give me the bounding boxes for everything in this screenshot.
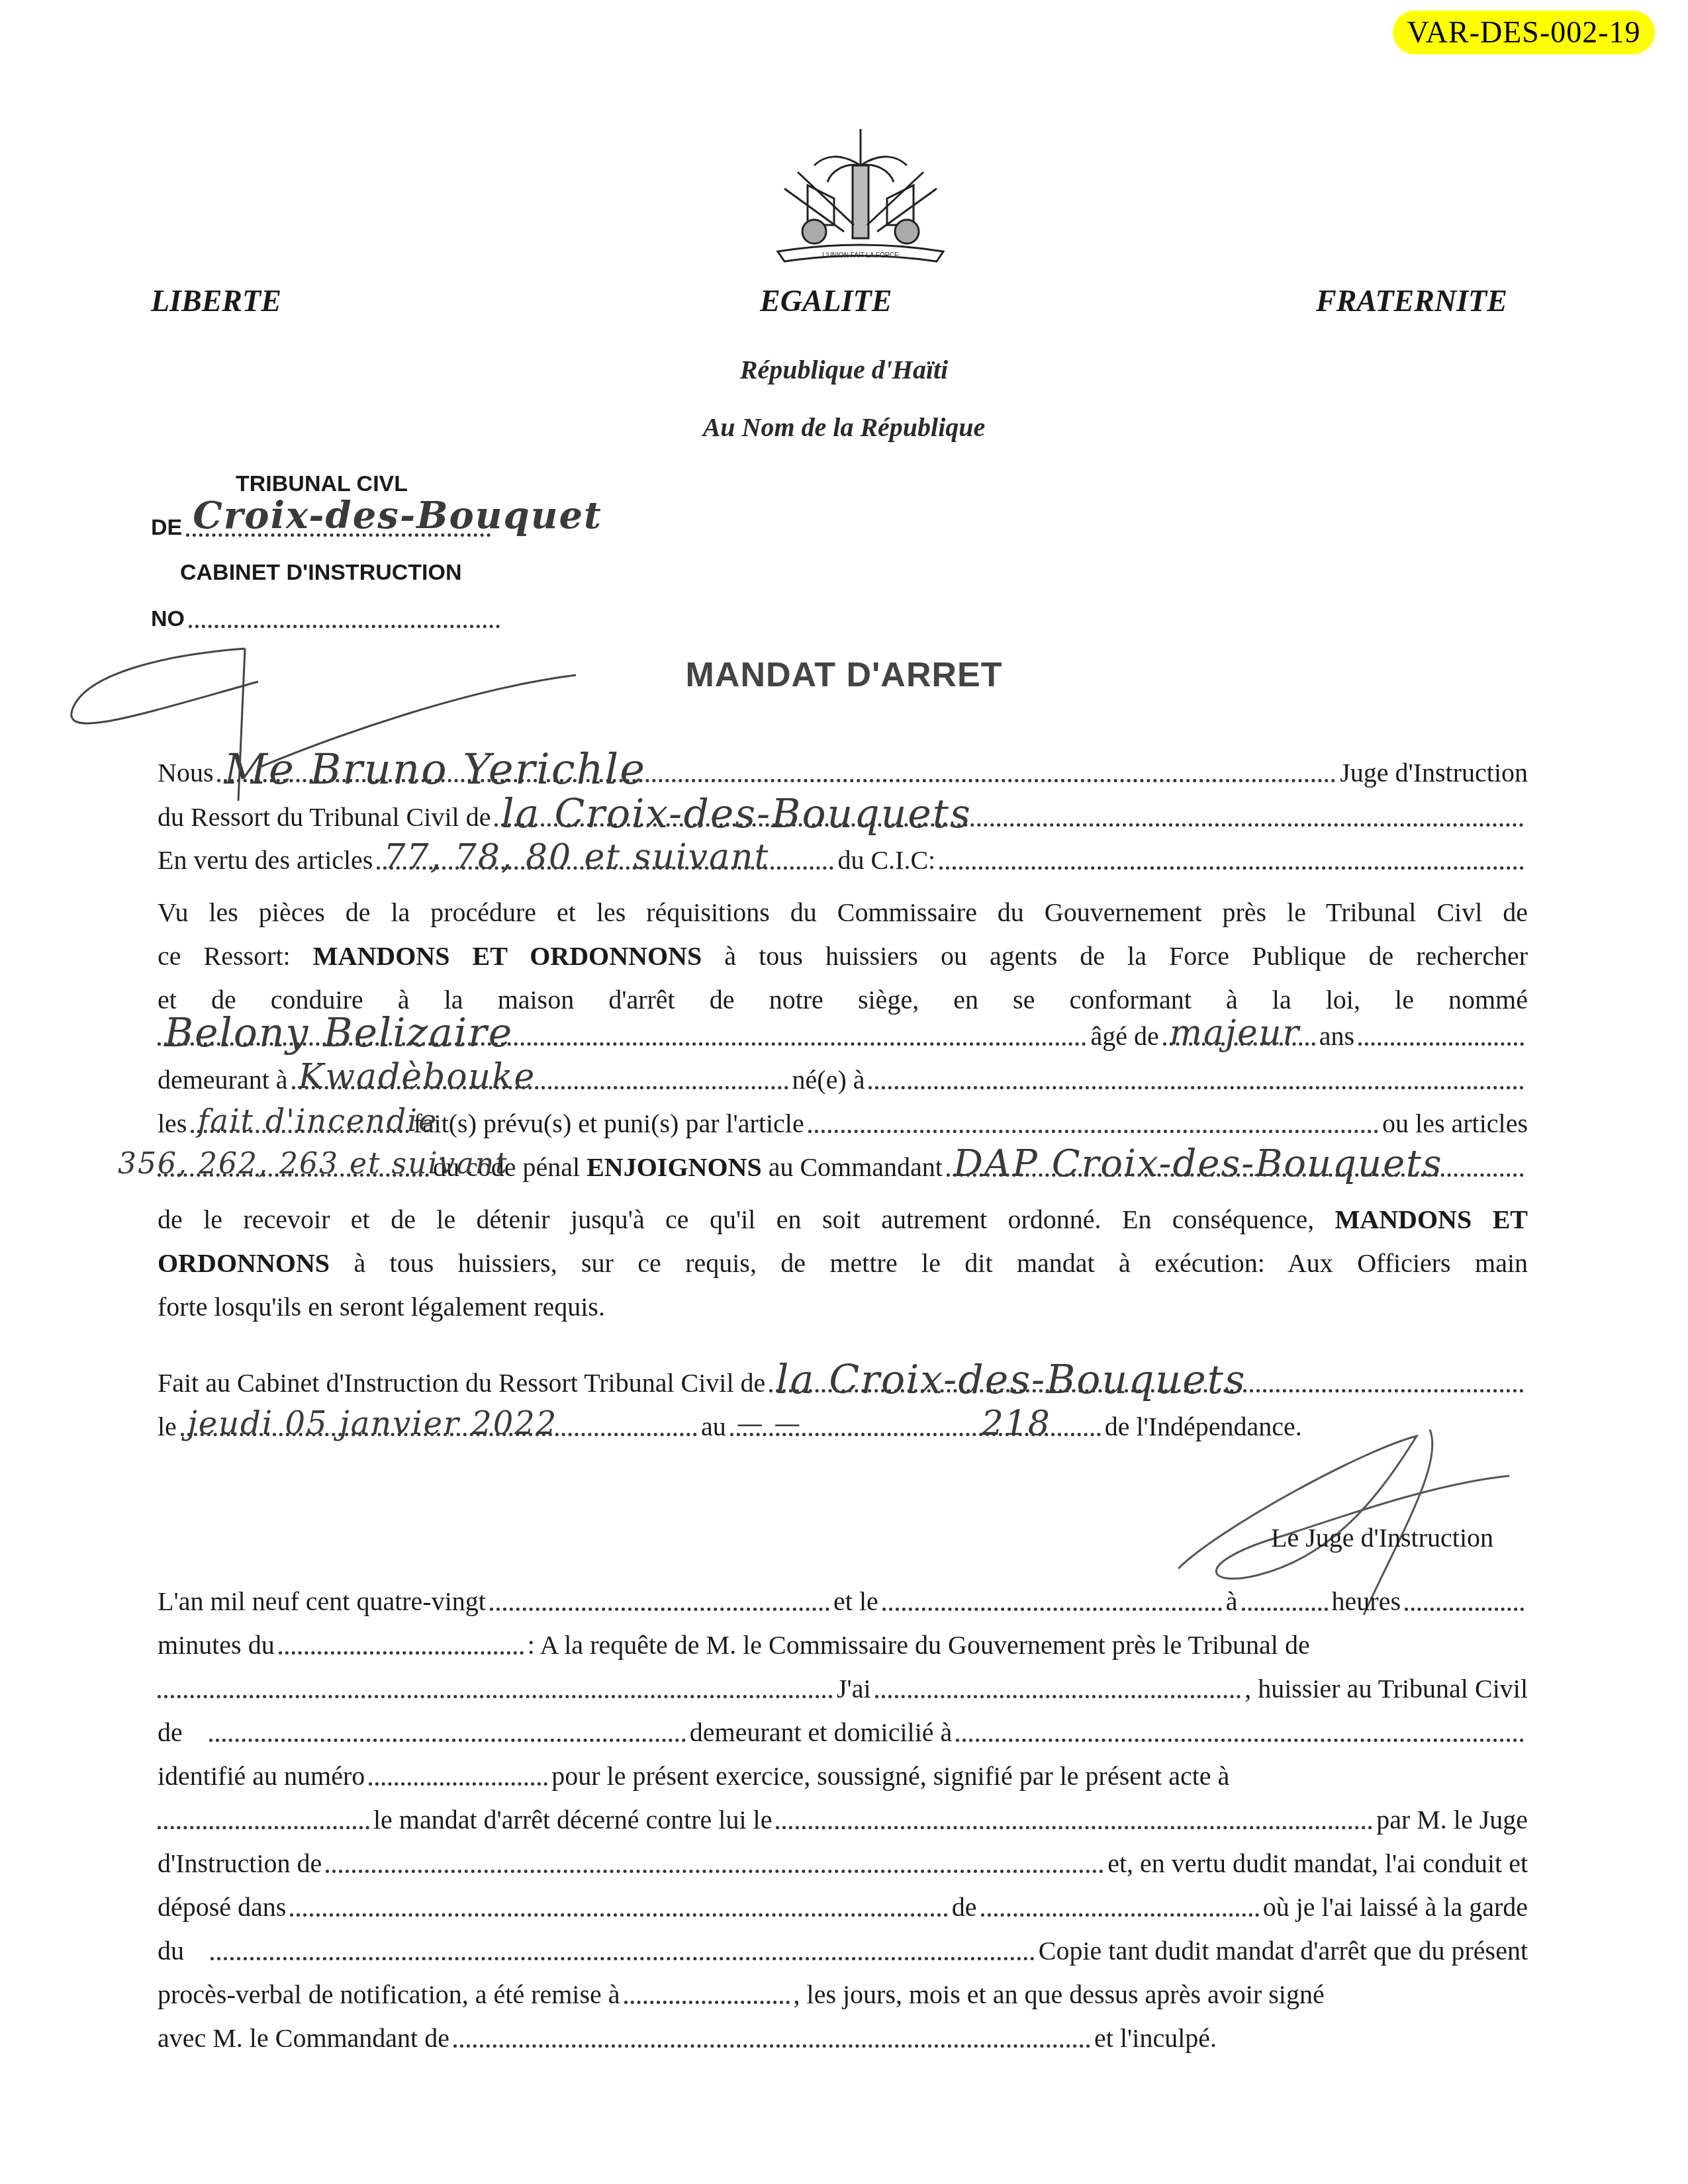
text: à xyxy=(1226,1588,1238,1615)
custodian-blank[interactable] xyxy=(211,1957,1035,1960)
court-location-handwritten: Croix-des-Bouquet xyxy=(193,494,602,537)
svg-text:L'UNION FAIT LA FORCE: L'UNION FAIT LA FORCE xyxy=(822,252,899,259)
les-label: les xyxy=(158,1111,187,1137)
no-label: NO xyxy=(151,606,185,632)
text: ce Ressort: xyxy=(158,941,291,971)
text: demeurant et domicilié à xyxy=(690,1719,953,1746)
text: minutes du xyxy=(158,1632,275,1659)
notif-line-5: identifié au numéro pour le présent exer… xyxy=(158,1763,1528,1790)
haiti-coat-of-arms-icon: L'UNION FAIT LA FORCE xyxy=(761,126,960,268)
text: heures xyxy=(1332,1588,1401,1615)
text: d'Instruction de xyxy=(158,1850,322,1877)
juge-instruction-label: Juge d'Instruction xyxy=(1340,760,1528,786)
case-number-row: NO xyxy=(151,606,504,632)
recipient-blank[interactable] xyxy=(158,1826,369,1829)
ressort-line: du Ressort du Tribunal Civil de la Croix… xyxy=(158,804,1528,831)
offense-line: les fait d'incendie fait(s) prévu(s) et … xyxy=(158,1111,1528,1137)
judge-name-handwritten: Me Bruno Yerichle xyxy=(224,756,646,783)
fait-location-handwritten: la Croix-des-Bouquets xyxy=(776,1367,1246,1393)
residence-line: demeurant à Kwadèbouke né(e) à xyxy=(158,1067,1528,1093)
text: et l'inculpé. xyxy=(1094,2025,1217,2052)
document-title: MANDAT D'ARRET xyxy=(0,655,1688,695)
motto-liberte: LIBERTE xyxy=(151,283,281,318)
text: identifié au numéro xyxy=(158,1763,365,1790)
in-name-of-republic: Au Nom de la République xyxy=(0,412,1688,443)
text: de xyxy=(952,1894,977,1921)
huissier-name-blank[interactable] xyxy=(875,1695,1241,1698)
accused-line: Belony Belizaire âgé de majeur ans xyxy=(158,1023,1528,1050)
paragraph-line-2: ce Ressort: MANDONS ET ORDONNONS à tous … xyxy=(158,934,1528,978)
document-id-badge: VAR-DES-002-19 xyxy=(1393,11,1655,54)
prevus-label: fait(s) prévu(s) et puni(s) par l'articl… xyxy=(413,1111,804,1137)
ordonnons: ORDONNONS xyxy=(158,1248,330,1278)
text: déposé dans xyxy=(158,1894,286,1921)
cabinet-instruction-label: CABINET D'INSTRUCTION xyxy=(180,560,462,586)
text: , les jours, mois et an que dessus après… xyxy=(794,1981,1325,2008)
motto-fraternite: FRATERNITE xyxy=(1316,283,1507,318)
judge-line: Nous Me Bruno Yerichle Juge d'Instructio… xyxy=(158,760,1528,786)
id-number-blank[interactable] xyxy=(369,1782,547,1786)
nous-label: Nous xyxy=(158,760,213,786)
articles-line: En vertu des articles 77, 78, 80 et suiv… xyxy=(158,847,1528,874)
instruction-location-blank[interactable] xyxy=(326,1870,1103,1873)
fait-label: Fait au Cabinet d'Instruction du Ressort… xyxy=(158,1370,765,1396)
text: du xyxy=(158,1938,184,1964)
accused-name-field[interactable]: Belony Belizaire xyxy=(158,1042,1086,1046)
domicile-blank[interactable] xyxy=(956,1739,1524,1742)
age-label: âgé de xyxy=(1090,1023,1158,1050)
commandant-field[interactable]: DAP Croix-des-Bouquets xyxy=(947,1173,1524,1177)
commandant-handwritten: DAP Croix-des-Bouquets xyxy=(953,1151,1442,1177)
text: L'an mil neuf cent quatre-vingt xyxy=(158,1588,486,1615)
articles-field[interactable]: 77, 78, 80 et suivant xyxy=(377,866,833,870)
text: pour le présent exercice, soussigné, sig… xyxy=(551,1763,1229,1790)
notif-line-10: procès-verbal de notification, a été rem… xyxy=(158,1981,1528,2008)
notif-line-7: d'Instruction de et, en vertu dudit mand… xyxy=(158,1850,1528,1877)
text: , huissier au Tribunal Civil xyxy=(1244,1676,1528,1702)
text: : A la requête de M. le Commissaire du G… xyxy=(528,1632,1310,1659)
ressort-handwritten: la Croix-des-Bouquets xyxy=(501,801,971,827)
text: et le xyxy=(833,1588,878,1615)
age-field[interactable]: majeur xyxy=(1163,1042,1315,1046)
court-de-field: DE Croix-des-Bouquet xyxy=(151,515,494,541)
tribunal-blank[interactable] xyxy=(158,1695,833,1698)
text: Copie tant dudit mandat d'arrêt que du p… xyxy=(1039,1938,1528,1964)
hour-blank[interactable] xyxy=(1242,1608,1328,1611)
ou-les-articles-label: ou les articles xyxy=(1382,1111,1528,1137)
notif-line-2: minutes du : A la requête de M. le Commi… xyxy=(158,1632,1528,1659)
republic-heading: République d'Haïti xyxy=(0,354,1688,385)
ans-label: ans xyxy=(1319,1023,1354,1050)
born-field[interactable] xyxy=(868,1086,1524,1089)
delivered-to-blank[interactable] xyxy=(624,2001,790,2004)
enjoignons: ENJOIGNONS xyxy=(586,1154,762,1181)
notif-line-4: de demeurant et domicilié à xyxy=(158,1719,1528,1746)
articles-label: En vertu des articles xyxy=(158,847,373,874)
case-number-field[interactable] xyxy=(189,625,500,628)
cic-label: du C.I.C: xyxy=(837,847,935,874)
offense-handwritten: fait d'incendie xyxy=(197,1107,438,1134)
age-handwritten: majeur xyxy=(1170,1020,1301,1046)
residence-handwritten: Kwadèbouke xyxy=(299,1064,536,1090)
judge-name-field[interactable]: Me Bruno Yerichle xyxy=(217,779,1336,782)
ressort-field[interactable]: la Croix-des-Bouquets xyxy=(494,823,1524,827)
deposit-place-blank[interactable] xyxy=(290,1913,947,1917)
court-location-field[interactable]: Croix-des-Bouquet xyxy=(186,533,491,537)
text: J'ai xyxy=(837,1676,871,1702)
cic-extra-field[interactable] xyxy=(939,866,1524,870)
offense-field[interactable]: fait d'incendie xyxy=(191,1130,409,1133)
au-label: au xyxy=(701,1414,726,1440)
date-line: le jeudi 05 janvier 2022 au — — 218 de l… xyxy=(158,1414,1528,1440)
notif-line-1: L'an mil neuf cent quatre-vingt et le à … xyxy=(158,1588,1528,1615)
text: avec M. le Commandant de xyxy=(158,2025,449,2052)
code-articles-handwritten: 356, 262, 263 et suivant xyxy=(118,1151,508,1177)
text: de le recevoir et de le détenir jusqu'à … xyxy=(158,1205,1314,1234)
tribunal-location-blank[interactable] xyxy=(209,1739,686,1742)
notif-line-3: J'ai , huissier au Tribunal Civil xyxy=(158,1676,1528,1702)
accused-name-handwritten: Belony Belizaire xyxy=(164,1020,513,1046)
le-label: le xyxy=(158,1414,177,1440)
age-extra-field[interactable] xyxy=(1358,1042,1524,1046)
text: de xyxy=(158,1719,183,1746)
year-indep-handwritten: 218 xyxy=(982,1410,1051,1437)
ressort-label: du Ressort du Tribunal Civil de xyxy=(158,804,491,831)
text: et, en vertu dudit mandat, l'ai conduit … xyxy=(1107,1850,1528,1877)
date-field[interactable]: jeudi 05 janvier 2022 xyxy=(181,1433,697,1436)
text: le mandat d'arrêt décerné contre lui le xyxy=(373,1807,772,1833)
fait-location-field[interactable]: la Croix-des-Bouquets xyxy=(769,1389,1524,1392)
commandant-label: au Commandant xyxy=(769,1154,943,1181)
decree-date-blank[interactable] xyxy=(776,1826,1372,1829)
hour-extra-blank[interactable] xyxy=(1405,1608,1524,1611)
year-blank[interactable] xyxy=(490,1608,829,1611)
mandons-ordonnons: MANDONS ET ORDONNONS xyxy=(313,941,702,971)
text: à tous huissiers, sur ce requis, de mett… xyxy=(353,1248,1528,1278)
paragraph2-line-3: forte losqu'ils en seront légalement req… xyxy=(158,1285,1528,1329)
minutes-blank[interactable] xyxy=(279,1651,524,1655)
deposit-location-blank[interactable] xyxy=(981,1913,1259,1917)
paragraph2-line-2: ORDONNONS à tous huissiers, sur ce requi… xyxy=(158,1242,1528,1285)
fait-line: Fait au Cabinet d'Instruction du Ressort… xyxy=(158,1370,1528,1396)
born-label: né(e) à xyxy=(792,1067,865,1093)
commandant-location-blank[interactable] xyxy=(453,2044,1090,2048)
day-blank[interactable] xyxy=(882,1608,1222,1611)
date-handwritten: jeudi 05 janvier 2022 xyxy=(187,1410,558,1437)
year-field[interactable]: — — 218 xyxy=(730,1433,1101,1436)
residence-label: demeurant à xyxy=(158,1067,288,1093)
paragraph-line-1: Vu les pièces de la procédure et les réq… xyxy=(158,891,1528,934)
signer-title: Le Juge d'Instruction xyxy=(1271,1522,1493,1553)
notif-line-8: déposé dans de où je l'ai laissé à la ga… xyxy=(158,1894,1528,1921)
notif-line-11: avec M. le Commandant de et l'inculpé. xyxy=(158,2025,1217,2052)
text: à tous huissiers ou agents de la Force P… xyxy=(724,941,1528,971)
notif-line-9: du Copie tant dudit mandat d'arrêt que d… xyxy=(158,1938,1528,1964)
independance-label: de l'Indépendance. xyxy=(1105,1414,1302,1440)
text: où je l'ai laissé à la garde xyxy=(1263,1894,1528,1921)
paragraph2-line-1: de le recevoir et de le détenir jusqu'à … xyxy=(158,1198,1528,1242)
mandons-et: MANDONS ET xyxy=(1335,1205,1528,1234)
articles-handwritten: 77, 78, 80 et suivant xyxy=(383,844,769,870)
text: procès-verbal de notification, a été rem… xyxy=(158,1981,620,2008)
notif-line-6: le mandat d'arrêt décerné contre lui le … xyxy=(158,1807,1528,1833)
code-articles-field[interactable]: 356, 262, 263 et suivant xyxy=(158,1173,429,1177)
au-handwritten: — — xyxy=(737,1410,802,1437)
text: par M. le Juge xyxy=(1376,1807,1528,1833)
motto-egalite: EGALITE xyxy=(760,283,892,318)
de-label: DE xyxy=(151,515,182,541)
article-field[interactable] xyxy=(808,1130,1378,1133)
code-penal-line: 356, 262, 263 et suivant du code pénal E… xyxy=(158,1154,1528,1181)
residence-field[interactable]: Kwadèbouke xyxy=(292,1086,788,1089)
